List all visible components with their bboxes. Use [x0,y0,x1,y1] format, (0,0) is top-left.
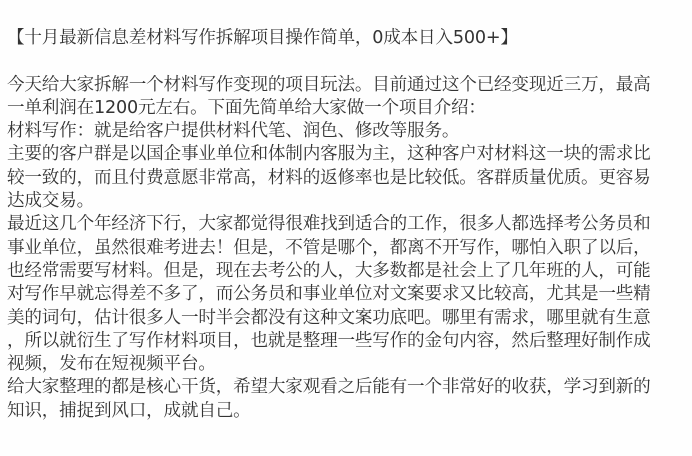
text-line: 今天给大家拆解一个材料写作变现的项目玩法。目前通过这个已经变现近三万，最高 [7,74,685,97]
text-line: 主要的客户群是以国企事业单位和体制内客服为主，这种客户对材料这一块的需求比 [7,143,685,166]
text-line: 也经常需要写材料。但是，现在去考公的人，大多数都是社会上了几年班的人，可能 [7,260,685,283]
article-title: 【十月最新信息差材料写作拆解项目操作简单，0成本日入500+】 [7,27,685,50]
text-line: 美的词句，估计很多人一时半会都没有这种文案功底吧。哪里有需求，哪里就有生意 [7,307,685,330]
text-line: 较一致的，而且付费意愿非常高，材料的返修率也是比较低。客群质量优质。更容易 [7,167,685,190]
text-line: 对写作早就忘得差不多了，而公务员和事业单位对文案要求又比较高，尤其是一些精 [7,283,685,306]
article-body: 今天给大家拆解一个材料写作变现的项目玩法。目前通过这个已经变现近三万，最高 一单… [7,74,685,423]
text-line: ，所以就衍生了写作材料项目，也就是整理一些写作的金句内容，然后整理好制作成 [7,330,685,353]
text-line: 达成交易。 [7,190,685,213]
text-line: 知识，捕捉到风口，成就自己。 [7,400,685,423]
text-line: 视频，发布在短视频平台。 [7,353,685,376]
text-line: 给大家整理的都是核心干货，希望大家观看之后能有一个非常好的收获，学习到新的 [7,376,685,399]
text-line: 最近这几个年经济下行，大家都觉得很难找到适合的工作，很多人都选择考公务员和 [7,213,685,236]
text-line: 材料写作：就是给客户提供材料代笔、润色、修改等服务。 [7,120,685,143]
text-line: 一单利润在1200元左右。下面先简单给大家做一个项目介绍： [7,97,685,120]
text-line: 事业单位，虽然很难考进去！但是，不管是哪个，都离不开写作，哪怕入职了以后， [7,237,685,260]
article-page: 【十月最新信息差材料写作拆解项目操作简单，0成本日入500+】 今天给大家拆解一… [0,0,692,456]
